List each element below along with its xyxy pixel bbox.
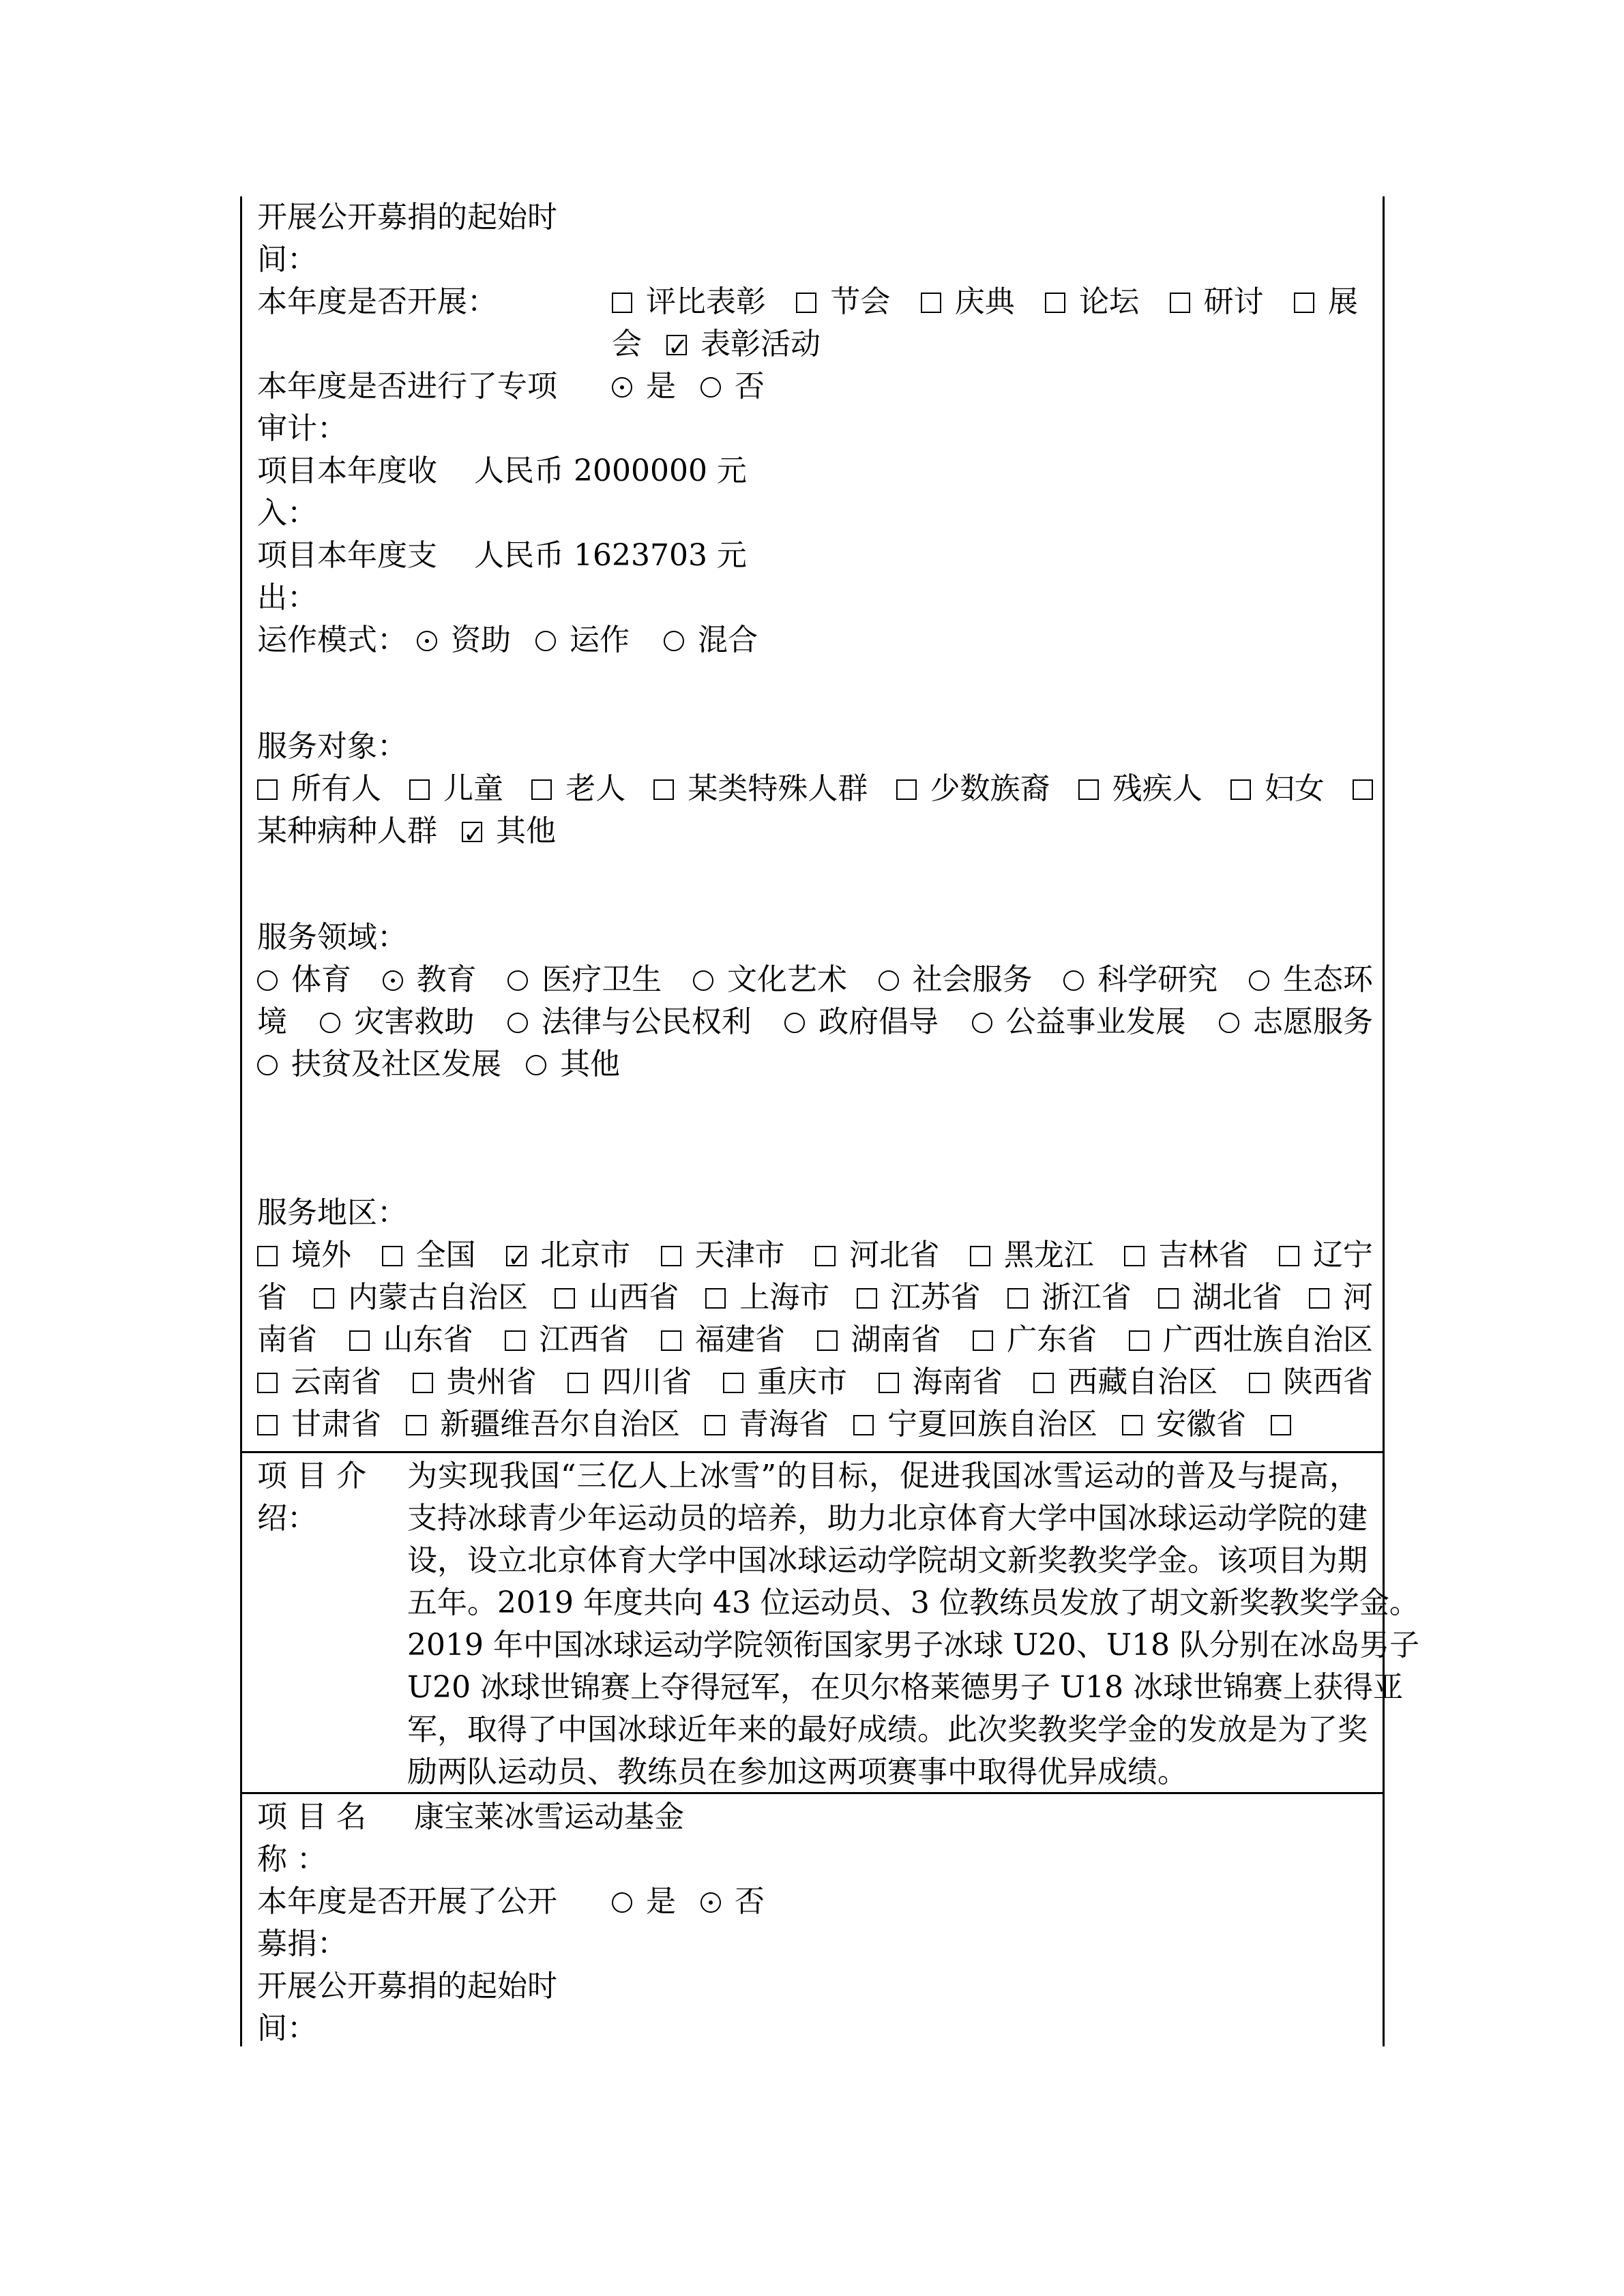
region-option[interactable]: 广东省	[973, 1319, 1097, 1361]
activity-option-biaozhang[interactable]: 表彰活动	[666, 323, 821, 366]
operation-mode-label: 运作模式：	[257, 623, 407, 657]
region-option[interactable]: 境外	[257, 1234, 351, 1277]
row-divider	[242, 1451, 1383, 1453]
radio-icon[interactable]	[1063, 970, 1084, 991]
field-option[interactable]: 教育	[383, 959, 477, 1001]
region-option[interactable]: 贵州省	[413, 1361, 537, 1403]
checkbox-icon[interactable]	[1122, 1415, 1142, 1435]
checkbox-icon[interactable]	[896, 779, 917, 800]
expense-label: 项目本年度支	[257, 535, 437, 577]
field-option[interactable]: 文化艺术	[693, 959, 847, 1001]
activity-option-qingdian[interactable]: 庆典	[921, 281, 1015, 323]
checkbox-icon[interactable]	[1309, 1288, 1329, 1309]
checkbox-icon[interactable]	[505, 1330, 525, 1351]
project-intro-text: 为实现我国“三亿人上冰雪”的目标，促进我国冰雪运动的普及与提高， 支持冰球青少年…	[407, 1455, 1359, 1793]
checkbox-icon[interactable]	[661, 1330, 681, 1351]
region-option[interactable]: 甘肃省	[257, 1403, 381, 1446]
radio-selected-icon[interactable]	[383, 970, 403, 991]
checked-checkbox-icon[interactable]	[462, 822, 482, 842]
region-option[interactable]: 湖南省	[817, 1319, 941, 1361]
checkbox-icon[interactable]	[1230, 779, 1251, 800]
field-option[interactable]: 扶贫及社区发展	[257, 1043, 501, 1086]
intro-label-cont: 绍：	[257, 1497, 317, 1540]
activity-option-zhanhui[interactable]: 展	[1294, 281, 1358, 323]
public-no-option[interactable]: 否	[700, 1881, 765, 1923]
target-option-other[interactable]: 其他	[462, 810, 556, 852]
service-regions-line5: 甘肃省 新疆维吾尔自治区 青海省 宁夏回族自治区 安徽省	[257, 1403, 1320, 1446]
project2-fundraise-start-label: 开展公开募捐的起始时	[257, 1965, 557, 2008]
region-option-beijing[interactable]: 北京市	[506, 1234, 630, 1277]
target-option[interactable]: 儿童	[409, 768, 503, 810]
field-option[interactable]: 公益事业发展	[972, 1001, 1186, 1043]
checkbox-icon[interactable]	[1279, 1246, 1299, 1266]
field-option[interactable]: 科学研究	[1063, 959, 1217, 1001]
service-targets-label: 服务对象：	[257, 726, 407, 768]
radio-selected-icon[interactable]	[700, 1892, 721, 1913]
region-option[interactable]: 青海省	[705, 1403, 829, 1446]
region-option[interactable]: 吉林省	[1124, 1234, 1248, 1277]
service-regions-line2: 省 内蒙古自治区 山西省 上海市 江苏省 浙江省 湖北省 河	[257, 1277, 1373, 1319]
radio-icon[interactable]	[700, 377, 721, 398]
activities-options-line2: 会 表彰活动	[612, 323, 836, 366]
checkbox-icon[interactable]	[970, 1246, 990, 1266]
region-option[interactable]: 西藏自治区	[1033, 1361, 1217, 1403]
radio-icon[interactable]	[784, 1013, 805, 1033]
income-value: 人民币 2000000 元	[474, 450, 747, 492]
region-option[interactable]: 江西省	[505, 1319, 629, 1361]
checkbox-icon[interactable]	[1033, 1373, 1054, 1393]
expense-label-cont: 出：	[257, 577, 317, 619]
audit-options: 是 否	[612, 366, 780, 408]
income-label: 项目本年度收	[257, 450, 437, 492]
target-option[interactable]: 妇女	[1230, 768, 1325, 810]
radio-icon[interactable]	[507, 1013, 528, 1033]
checkbox-icon[interactable]	[1170, 293, 1190, 313]
checkbox-icon[interactable]	[413, 1373, 433, 1393]
checkbox-icon[interactable]	[815, 1246, 836, 1266]
region-option[interactable]: 海南省	[879, 1361, 1003, 1403]
target-option[interactable]: 某类特殊人群	[653, 768, 868, 810]
checkbox-icon[interactable]	[555, 1288, 575, 1309]
region-option[interactable]: 河北省	[815, 1234, 939, 1277]
region-option[interactable]: 湖北省	[1158, 1277, 1282, 1319]
checkbox-icon[interactable]	[921, 293, 941, 313]
operation-mode-row: 运作模式： 资助 运作 混合	[257, 619, 773, 661]
audit-no-option[interactable]: 否	[700, 366, 765, 408]
checkbox-icon[interactable]	[973, 1330, 993, 1351]
region-option[interactable]: 安徽省	[1122, 1403, 1246, 1446]
fundraise-start-label-cont: 间：	[257, 239, 317, 281]
project-report-table: 开展公开募捐的起始时 间： 本年度是否开展： 评比表彰 节会 庆典 论坛 研讨 …	[240, 196, 1385, 2046]
region-option[interactable]: 云南省	[257, 1361, 381, 1403]
checkbox-icon[interactable]	[1045, 293, 1065, 313]
region-option[interactable]: 内蒙古自治区	[314, 1277, 528, 1319]
checkbox-icon[interactable]	[612, 293, 632, 313]
checkbox-icon[interactable]	[661, 1246, 681, 1266]
income-label-cont: 入：	[257, 492, 317, 535]
radio-icon[interactable]	[664, 631, 684, 651]
row-divider	[242, 1792, 1383, 1794]
region-option[interactable]: 河	[1309, 1277, 1373, 1319]
project2-name-value: 康宝莱冰雪运动基金	[414, 1796, 684, 1838]
radio-icon[interactable]	[879, 970, 899, 991]
field-option[interactable]: 法律与公民权利	[507, 1001, 752, 1043]
public-fundraise-label: 本年度是否开展了公开	[257, 1881, 557, 1923]
service-targets-line1: 所有人 儿童 老人 某类特殊人群 少数族裔 残疾人 妇女	[257, 768, 1373, 810]
radio-icon[interactable]	[507, 970, 528, 991]
radio-icon[interactable]	[972, 1013, 992, 1033]
checkbox-icon[interactable]	[406, 1415, 426, 1435]
target-option[interactable]: 所有人	[257, 768, 381, 810]
region-option[interactable]: 天津市	[661, 1234, 785, 1277]
checkbox-icon[interactable]	[1249, 1373, 1269, 1393]
region-option[interactable]: 陕西省	[1249, 1361, 1373, 1403]
checkbox-icon[interactable]	[314, 1288, 334, 1309]
checkbox-icon[interactable]	[567, 1373, 588, 1393]
region-option[interactable]: 新疆维吾尔自治区	[406, 1403, 680, 1446]
field-option[interactable]: 社会服务	[879, 959, 1033, 1001]
region-option[interactable]: 浙江省	[1007, 1277, 1132, 1319]
radio-icon[interactable]	[526, 1055, 546, 1075]
service-targets-line2: 某种病种人群 其他	[257, 810, 571, 852]
project2-fundraise-start-label-cont: 间：	[257, 2008, 317, 2050]
region-option[interactable]: 上海市	[705, 1277, 829, 1319]
activities-options-line1: 评比表彰 节会 庆典 论坛 研讨 展	[612, 281, 1358, 323]
checkbox-icon[interactable]	[1078, 779, 1099, 800]
checkbox-icon[interactable]	[705, 1288, 726, 1309]
activity-zhanhui-cont: 会	[612, 323, 642, 366]
project2-name-label: 项 目 名	[257, 1796, 366, 1838]
checkbox-icon[interactable]	[857, 1288, 877, 1309]
checkbox-icon[interactable]	[1294, 293, 1314, 313]
radio-selected-icon[interactable]	[417, 631, 437, 651]
service-regions-line1: 境外 全国 北京市 天津市 河北省 黑龙江 吉林省 辽宁	[257, 1234, 1373, 1277]
activities-label: 本年度是否开展：	[257, 281, 497, 323]
field-option[interactable]: 生态环	[1249, 959, 1373, 1001]
fundraise-start-label: 开展公开募捐的起始时	[257, 196, 557, 239]
service-regions-line3: 南省 山东省 江西省 福建省 湖南省 广东省 广西壮族自治区	[257, 1319, 1373, 1361]
intro-label: 项 目 介	[257, 1455, 366, 1497]
checkbox-icon[interactable]	[853, 1415, 874, 1435]
project2-name-label-cont: 称 ：	[257, 1838, 327, 1881]
region-option-blank[interactable]	[1271, 1403, 1305, 1446]
field-option[interactable]: 政府倡导	[784, 1001, 939, 1043]
radio-icon[interactable]	[320, 1013, 340, 1033]
radio-icon[interactable]	[257, 1055, 278, 1075]
target-option[interactable]: 残疾人	[1078, 768, 1202, 810]
radio-icon[interactable]	[612, 1892, 632, 1913]
public-fundraise-label-cont: 募捐：	[257, 1923, 347, 1965]
region-option[interactable]: 四川省	[567, 1361, 692, 1403]
service-fields-line2: 境 灾害救助 法律与公民权利 政府倡导 公益事业发展 志愿服务	[257, 1001, 1373, 1043]
service-regions-line4: 云南省 贵州省 四川省 重庆市 海南省 西藏自治区 陕西省	[257, 1361, 1373, 1403]
radio-icon[interactable]	[1219, 1013, 1239, 1033]
radio-icon[interactable]	[535, 631, 556, 651]
checkbox-icon[interactable]	[257, 1415, 278, 1435]
radio-icon[interactable]	[1249, 970, 1269, 991]
checkbox-icon[interactable]	[382, 1246, 402, 1266]
target-option[interactable]: 老人	[531, 768, 625, 810]
checkbox-icon[interactable]	[257, 1373, 278, 1393]
service-fields-line3: 扶贫及社区发展 其他	[257, 1043, 635, 1086]
region-option[interactable]: 辽宁	[1279, 1234, 1373, 1277]
service-fields-line1: 体育 教育 医疗卫生 文化艺术 社会服务 科学研究 生态环	[257, 959, 1373, 1001]
region-option[interactable]: 山西省	[555, 1277, 679, 1319]
activity-option-pingbi[interactable]: 评比表彰	[612, 281, 766, 323]
field-option[interactable]: 灾害救助	[320, 1001, 474, 1043]
checkbox-icon[interactable]	[817, 1330, 838, 1351]
activity-option-yantao[interactable]: 研讨	[1170, 281, 1264, 323]
public-fundraise-options: 是 否	[612, 1881, 780, 1923]
field-option[interactable]: 其他	[526, 1043, 620, 1086]
checkbox-icon[interactable]	[409, 779, 430, 800]
mode-option-yunzuo[interactable]: 运作	[535, 619, 630, 661]
region-option[interactable]: 黑龙江	[970, 1234, 1094, 1277]
checkbox-icon[interactable]	[879, 1373, 899, 1393]
checkbox-icon[interactable]	[705, 1415, 725, 1435]
region-option[interactable]: 福建省	[661, 1319, 785, 1361]
radio-icon[interactable]	[257, 970, 278, 991]
checkbox-icon[interactable]	[257, 779, 278, 800]
radio-selected-icon[interactable]	[612, 377, 632, 398]
field-option[interactable]: 志愿服务	[1219, 1001, 1373, 1043]
public-yes-option[interactable]: 是	[612, 1881, 676, 1923]
checked-checkbox-icon[interactable]	[506, 1246, 527, 1266]
audit-yes-option[interactable]: 是	[612, 366, 676, 408]
checkbox-icon[interactable]	[653, 779, 674, 800]
region-option[interactable]: 广西壮族自治区	[1129, 1319, 1373, 1361]
checkbox-icon[interactable]	[1158, 1288, 1179, 1309]
checkbox-icon[interactable]	[1007, 1288, 1028, 1309]
radio-icon[interactable]	[693, 970, 713, 991]
region-option[interactable]: 宁夏回族自治区	[853, 1403, 1097, 1446]
mode-option-hunhe[interactable]: 混合	[664, 619, 758, 661]
checkbox-icon[interactable]	[1129, 1330, 1149, 1351]
checked-checkbox-icon[interactable]	[666, 335, 687, 355]
region-option[interactable]: 全国	[382, 1234, 476, 1277]
checkbox-icon[interactable]	[723, 1373, 743, 1393]
checkbox-icon[interactable]	[1271, 1415, 1291, 1435]
region-option[interactable]: 江苏省	[857, 1277, 981, 1319]
target-option[interactable]	[1353, 768, 1373, 810]
checkbox-icon[interactable]	[257, 1246, 278, 1266]
mode-option-zizhu[interactable]: 资助	[417, 619, 511, 661]
activity-option-luntan[interactable]: 论坛	[1045, 281, 1139, 323]
audit-label-cont: 审计：	[257, 408, 347, 450]
expense-value: 人民币 1623703 元	[474, 535, 747, 577]
region-option[interactable]: 重庆市	[723, 1361, 847, 1403]
field-option[interactable]: 体育	[257, 959, 351, 1001]
checkbox-icon[interactable]	[796, 293, 816, 313]
region-option[interactable]: 山东省	[349, 1319, 473, 1361]
activity-option-jiehui[interactable]: 节会	[796, 281, 890, 323]
checkbox-icon[interactable]	[349, 1330, 370, 1351]
checkbox-icon[interactable]	[531, 779, 552, 800]
audit-label: 本年度是否进行了专项	[257, 366, 557, 408]
field-option[interactable]: 医疗卫生	[507, 959, 662, 1001]
service-fields-label: 服务领域：	[257, 916, 407, 959]
target-option[interactable]: 少数族裔	[896, 768, 1050, 810]
service-regions-label: 服务地区：	[257, 1192, 407, 1234]
checkbox-icon[interactable]	[1353, 779, 1373, 800]
checkbox-icon[interactable]	[1124, 1246, 1145, 1266]
